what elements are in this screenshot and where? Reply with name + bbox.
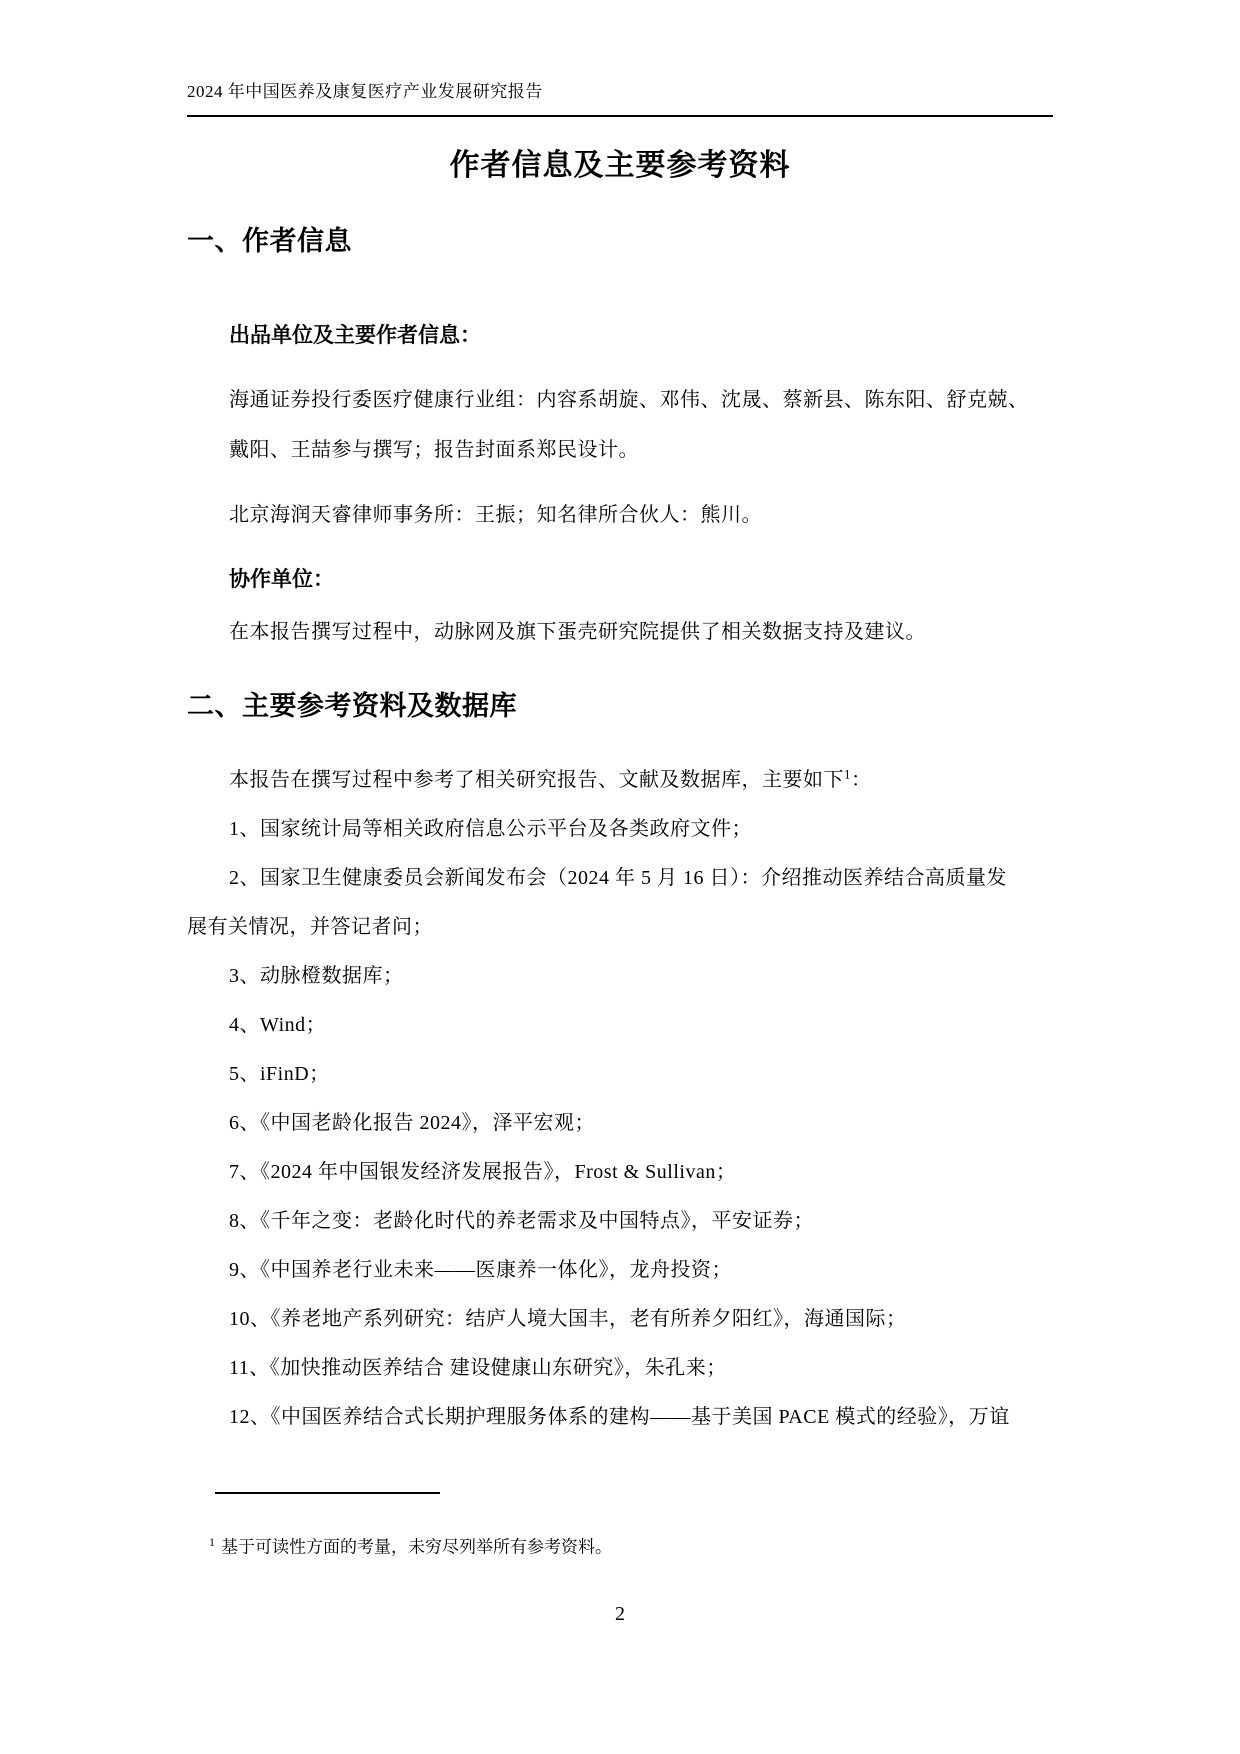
references-list: 1、国家统计局等相关政府信息公示平台及各类政府文件； 2、国家卫生健康委员会新闻… xyxy=(187,805,1053,1442)
page-number: 2 xyxy=(187,1601,1053,1627)
references-intro: 本报告在撰写过程中参考了相关研究报告、文献及数据库，主要如下1： xyxy=(187,755,1053,805)
footnote-reference-marker: 1 xyxy=(844,766,851,781)
collaboration-paragraph: 在本报告撰写过程中，动脉网及旗下蛋壳研究院提供了相关数据支持及建议。 xyxy=(187,607,1053,657)
reference-item-1: 1、国家统计局等相关政府信息公示平台及各类政府文件； xyxy=(187,805,1053,854)
reference-item-12: 12、《中国医养结合式长期护理服务体系的建构——基于美国 PACE 模式的经验》… xyxy=(187,1393,1053,1442)
footnote-separator-rule xyxy=(215,1492,440,1494)
running-header-text: 2024 年中国医养及康复医疗产业发展研究报告 xyxy=(187,82,543,101)
reference-item-5: 5、iFinD； xyxy=(187,1050,1053,1099)
document-title: 作者信息及主要参考资料 xyxy=(187,145,1053,187)
legal-paragraph: 北京海润天睿律师事务所：王振；知名律所合伙人：熊川。 xyxy=(187,490,1053,540)
running-header: 2024 年中国医养及康复医疗产业发展研究报告 xyxy=(187,0,1053,117)
reference-item-2-line-1: 2、国家卫生健康委员会新闻发布会（2024 年 5 月 16 日）：介绍推动医养… xyxy=(187,854,1053,903)
reference-item-3: 3、动脉橙数据库； xyxy=(187,952,1053,1001)
section-2-heading: 二、主要参考资料及数据库 xyxy=(187,688,1053,724)
section-1-heading: 一、作者信息 xyxy=(187,223,1053,259)
footnote: 1基于可读性方面的考量，未穷尽列举所有参考资料。 xyxy=(187,1529,1053,1561)
references-intro-text: 本报告在撰写过程中参考了相关研究报告、文献及数据库，主要如下 xyxy=(229,769,844,791)
reference-item-2-line-2: 展有关情况，并答记者问； xyxy=(187,903,1053,952)
footnote-text: 基于可读性方面的考量，未穷尽列举所有参考资料。 xyxy=(221,1538,612,1557)
authors-paragraph-line-2: 戴阳、王喆参与撰写；报告封面系郑民设计。 xyxy=(229,425,1053,475)
authors-paragraph: 海通证券投行委医疗健康行业组：内容系胡旋、邓伟、沈晟、蔡新县、陈东阳、舒克兢、 … xyxy=(187,375,1053,475)
references-intro-tail: ： xyxy=(851,769,872,791)
document-page: 2024 年中国医养及康复医疗产业发展研究报告 作者信息及主要参考资料 一、作者… xyxy=(0,0,1240,1754)
collaboration-subheading: 协作单位： xyxy=(187,565,1053,595)
reference-item-10: 10、《养老地产系列研究：结庐人境大国丰，老有所养夕阳红》，海通国际； xyxy=(187,1295,1053,1344)
reference-item-6: 6、《中国老龄化报告 2024》，泽平宏观； xyxy=(187,1099,1053,1148)
authors-paragraph-line-1: 海通证券投行委医疗健康行业组：内容系胡旋、邓伟、沈晟、蔡新县、陈东阳、舒克兢、 xyxy=(229,375,1053,425)
footnote-marker: 1 xyxy=(209,1535,215,1549)
producer-subheading: 出品单位及主要作者信息： xyxy=(187,321,1053,351)
reference-item-4: 4、Wind； xyxy=(187,1001,1053,1050)
reference-item-7: 7、《2024 年中国银发经济发展报告》，Frost & Sullivan； xyxy=(187,1148,1053,1197)
reference-item-9: 9、《中国养老行业未来——医康养一体化》，龙舟投资； xyxy=(187,1246,1053,1295)
reference-item-8: 8、《千年之变：老龄化时代的养老需求及中国特点》，平安证券； xyxy=(187,1197,1053,1246)
reference-item-11: 11、《加快推动医养结合 建设健康山东研究》，朱孔来； xyxy=(187,1344,1053,1393)
